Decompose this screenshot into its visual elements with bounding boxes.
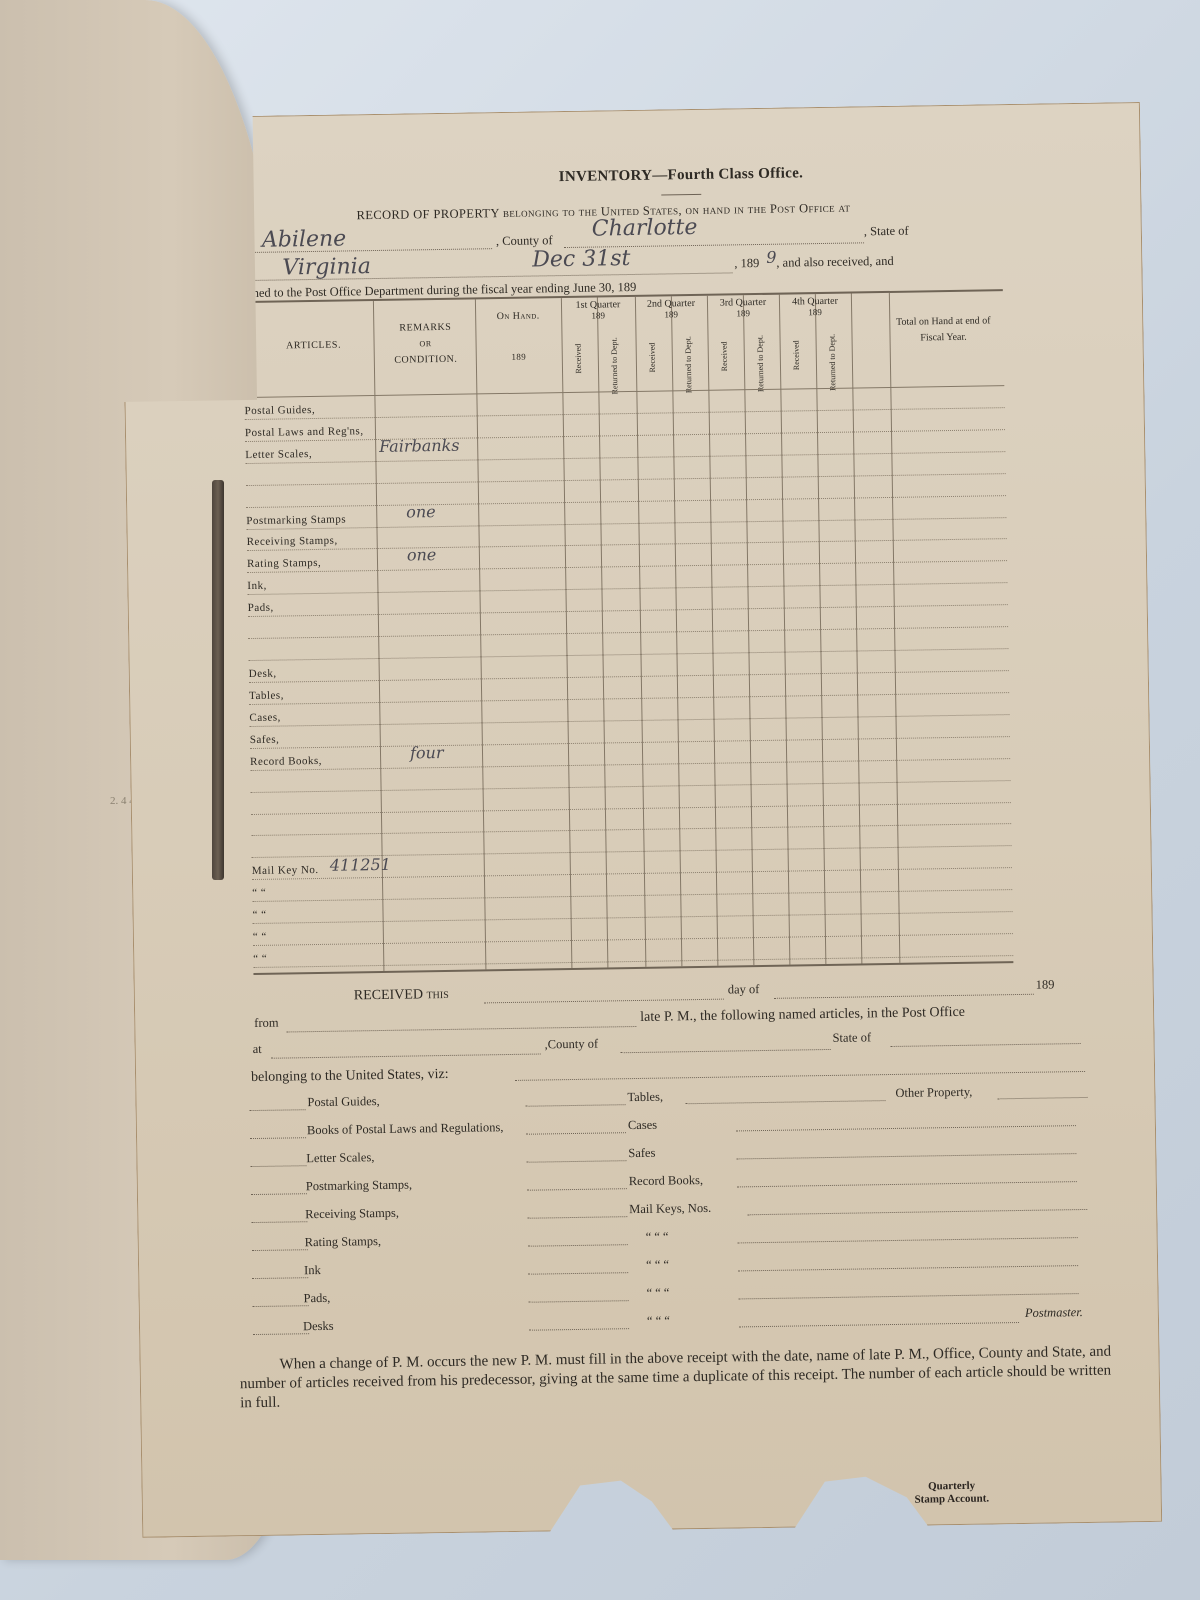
left-qty-field[interactable]	[250, 1137, 306, 1139]
instruction-notice: When a change of P. M. occurs the new P.…	[239, 1342, 1120, 1413]
article-label: Safes,	[250, 733, 280, 745]
right-item-label: Record Books,	[629, 1173, 704, 1189]
article-label: “ “	[253, 931, 267, 943]
article-label: Postmarking Stamps	[246, 513, 346, 527]
article-label: Cases,	[249, 711, 281, 723]
remarks-cell[interactable]: Fairbanks	[379, 435, 460, 455]
left-qty-field[interactable]	[251, 1221, 307, 1223]
right-item-label: “ “ “	[646, 1258, 669, 1273]
handwritten-year-digit[interactable]: 9	[766, 248, 776, 267]
left-item-label: Postal Guides,	[307, 1094, 379, 1110]
article-label: Mail Key No.	[252, 864, 319, 877]
left-item-label: Pads,	[303, 1291, 330, 1306]
article-label: Letter Scales,	[245, 448, 312, 461]
inventory-form-page: INVENTORY—Fourth Class Office. RECORD OF…	[120, 102, 1162, 1538]
header-q2: 2nd Quarter189	[635, 298, 707, 320]
receipt-item-list: Postal Guides,Tables,Other Property,Book…	[235, 1082, 1115, 1096]
received-day-field[interactable]	[484, 999, 724, 1004]
mail-key-number[interactable]: 411251	[330, 855, 391, 875]
handwritten-post-office[interactable]: Abilene	[262, 226, 347, 252]
right-item-label: Safes	[628, 1146, 655, 1161]
receipt-state-field[interactable]	[891, 1043, 1081, 1047]
right-item-label: Mail Keys, Nos.	[629, 1201, 711, 1217]
handwritten-state[interactable]: Virginia	[282, 254, 371, 280]
left-qty-field[interactable]	[253, 1333, 309, 1335]
article-label: Rating Stamps,	[247, 557, 321, 570]
handwritten-date[interactable]: Dec 31st	[532, 246, 630, 273]
right-qty-field[interactable]	[738, 1265, 1078, 1271]
left-qty-field[interactable]	[250, 1109, 306, 1111]
header-articles: ARTICLES.	[264, 339, 364, 352]
article-label: Receiving Stamps,	[247, 535, 338, 548]
right-item-label: Tables,	[627, 1090, 663, 1106]
right-item-label: “ “ “	[646, 1230, 669, 1245]
left-item-label: Ink	[304, 1263, 321, 1278]
right-item-label: Cases	[628, 1118, 657, 1133]
article-label: Postal Laws and Reg'ns,	[245, 425, 364, 439]
left-item-label: Desks	[303, 1319, 334, 1334]
table-rows: Postal Guides,Postal Laws and Reg'ns,Let…	[244, 387, 1013, 973]
right-qty-field[interactable]	[738, 1237, 1078, 1243]
left-qty-field[interactable]	[252, 1249, 308, 1251]
inventory-table: ARTICLES. REMARKS OR CONDITION. On Hand.…	[243, 289, 1013, 975]
article-label: “ “	[252, 887, 266, 899]
left-qty-field[interactable]	[252, 1277, 308, 1279]
right-qty-field[interactable]	[736, 1125, 1076, 1131]
article-label: Ink,	[247, 580, 267, 592]
article-label: Tables,	[249, 689, 284, 702]
form-title: INVENTORY—Fourth Class Office.	[251, 160, 1111, 191]
left-item-label: Postmarking Stamps,	[306, 1178, 412, 1195]
remarks-cell[interactable]: one	[406, 502, 436, 521]
article-label: Postal Guides,	[245, 404, 316, 417]
left-item-label: Receiving Stamps,	[305, 1206, 399, 1222]
right-qty-field[interactable]	[737, 1181, 1077, 1187]
other-property-field[interactable]	[998, 1097, 1088, 1099]
right-qty-field[interactable]	[747, 1209, 1087, 1215]
left-qty-field[interactable]	[251, 1193, 307, 1195]
receipt-county-field[interactable]	[621, 1049, 831, 1053]
receipt-section: RECEIVED this day of 189 from late P. M.…	[234, 972, 1120, 1346]
header-total: Total on Hand at end of Fiscal Year.	[893, 313, 993, 347]
left-item-label: Letter Scales,	[306, 1150, 374, 1166]
header-q4: 4th Quarter189	[779, 296, 851, 318]
left-qty-field[interactable]	[253, 1305, 309, 1307]
header-q3: 3rd Quarter189	[707, 297, 779, 319]
remarks-cell[interactable]: four	[410, 743, 444, 763]
header-remarks: REMARKS OR CONDITION.	[375, 319, 476, 369]
right-item-label: “ “ “	[647, 1314, 670, 1329]
tab-quarterly-stamp-account[interactable]: Quarterly Stamp Account.	[897, 1479, 1007, 1507]
right-qty-field[interactable]	[686, 1100, 886, 1104]
torn-binding-edge	[212, 480, 224, 880]
received-month-field[interactable]	[774, 994, 1034, 999]
remarks-cell[interactable]: one	[407, 545, 437, 564]
article-label: Record Books,	[250, 755, 322, 768]
from-field[interactable]	[286, 1026, 636, 1032]
postmaster-label: Postmaster.	[1025, 1305, 1083, 1321]
form-content: INVENTORY—Fourth Class Office. RECORD OF…	[250, 102, 1113, 307]
left-item-label: Rating Stamps,	[305, 1234, 382, 1250]
handwritten-county[interactable]: Charlotte	[592, 215, 698, 242]
right-item-label: “ “ “	[646, 1286, 669, 1301]
right-qty-field[interactable]	[739, 1322, 1019, 1327]
left-qty-field[interactable]	[250, 1165, 306, 1167]
left-item-label: Books of Postal Laws and Regulations,	[307, 1120, 504, 1138]
title-rule	[661, 194, 701, 196]
article-label: Desk,	[249, 668, 277, 680]
article-label: “ “	[253, 953, 267, 965]
header-on-hand: On Hand. 189	[475, 310, 562, 362]
article-label: Pads,	[248, 602, 274, 614]
article-label: “ “	[252, 909, 266, 921]
header-q1: 1st Quarter189	[561, 299, 635, 321]
at-field[interactable]	[271, 1054, 541, 1059]
other-property-label: Other Property,	[895, 1085, 972, 1101]
right-qty-field[interactable]	[736, 1153, 1076, 1159]
right-qty-field[interactable]	[739, 1293, 1079, 1299]
